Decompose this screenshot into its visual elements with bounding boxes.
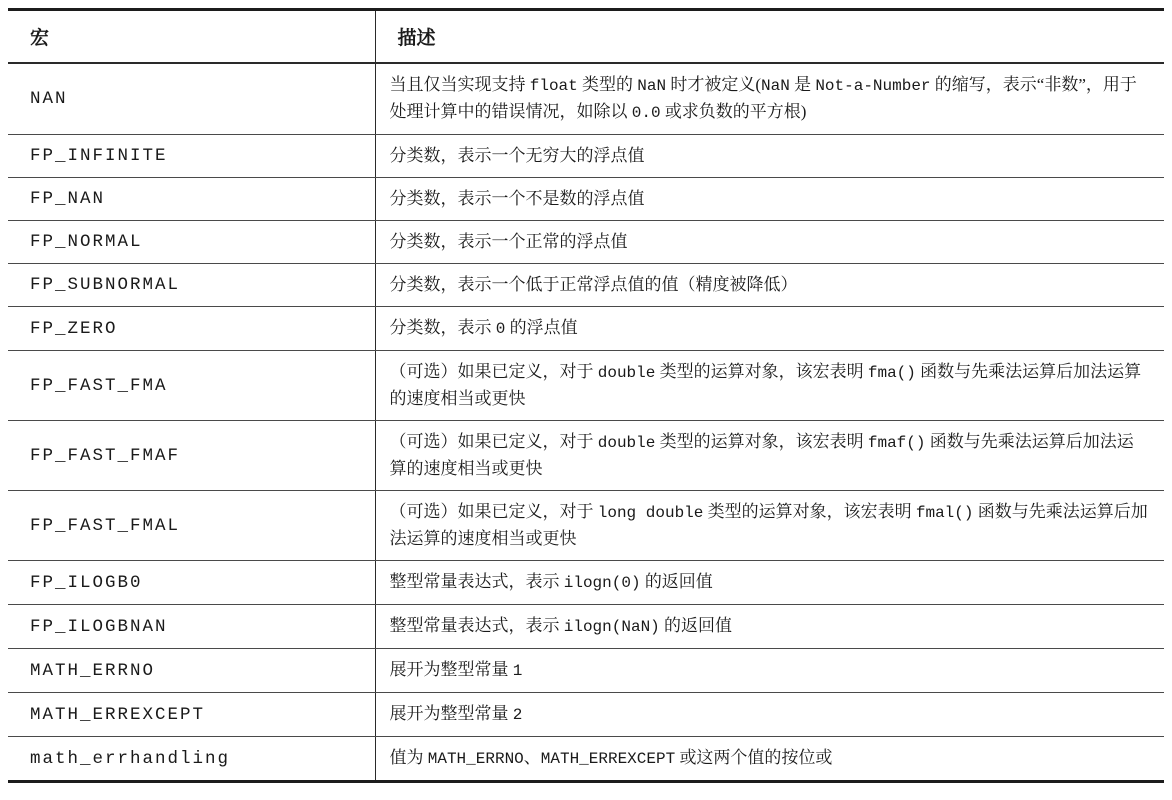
description-cell: （可选）如果已定义，对于 double 类型的运算对象，该宏表明 fmaf() … <box>375 421 1164 491</box>
text-segment: 值为 <box>390 748 428 767</box>
text-segment: 的返回值 <box>660 616 732 635</box>
table-row: MATH_ERREXCEPT展开为整型常量 2 <box>8 693 1164 737</box>
macro-name-cell: NAN <box>8 63 375 135</box>
description-cell: （可选）如果已定义，对于 long double 类型的运算对象，该宏表明 fm… <box>375 491 1164 561</box>
text-segment: 分类数，表示 <box>390 318 496 337</box>
text-segment: 类型的 <box>578 75 638 94</box>
code-term: double <box>598 364 656 382</box>
macro-name-cell: FP_NORMAL <box>8 221 375 264</box>
text-segment: 时才被定义( <box>666 75 761 94</box>
text-segment: （可选）如果已定义，对于 <box>390 432 598 451</box>
macro-name-cell: FP_ILOGB0 <box>8 561 375 605</box>
table-row: FP_NORMAL分类数，表示一个正常的浮点值 <box>8 221 1164 264</box>
text-segment: 的浮点值 <box>505 318 577 337</box>
table-row: FP_FAST_FMAF（可选）如果已定义，对于 double 类型的运算对象，… <box>8 421 1164 491</box>
code-term: 2 <box>513 706 523 724</box>
macro-name-cell: FP_INFINITE <box>8 135 375 178</box>
macro-name-cell: FP_ZERO <box>8 307 375 351</box>
macro-name-cell: FP_FAST_FMA <box>8 351 375 421</box>
description-cell: 分类数，表示一个不是数的浮点值 <box>375 178 1164 221</box>
table-row: FP_SUBNORMAL分类数，表示一个低于正常浮点值的值（精度被降低） <box>8 264 1164 307</box>
text-segment: 分类数，表示一个不是数的浮点值 <box>390 189 645 208</box>
text-segment: （可选）如果已定义，对于 <box>390 502 598 521</box>
code-term: 0 <box>496 320 506 338</box>
table-row: FP_FAST_FMAL（可选）如果已定义，对于 long double 类型的… <box>8 491 1164 561</box>
text-segment: 、 <box>524 748 541 767</box>
text-segment: 当且仅当实现支持 <box>390 75 530 94</box>
description-cell: 展开为整型常量 1 <box>375 649 1164 693</box>
table-row: FP_ILOGBNAN整型常量表达式，表示 ilogn(NaN) 的返回值 <box>8 605 1164 649</box>
text-segment: 分类数，表示一个正常的浮点值 <box>390 232 628 251</box>
table-row: FP_NAN分类数，表示一个不是数的浮点值 <box>8 178 1164 221</box>
text-segment: 是 <box>790 75 816 94</box>
table-row: FP_FAST_FMA（可选）如果已定义，对于 double 类型的运算对象，该… <box>8 351 1164 421</box>
text-segment: 展开为整型常量 <box>390 660 513 679</box>
code-term: NaN <box>761 77 790 95</box>
text-segment: 或这两个值的按位或 <box>675 748 832 767</box>
description-cell: 值为 MATH_ERRNO、MATH_ERREXCEPT 或这两个值的按位或 <box>375 737 1164 782</box>
text-segment: （可选）如果已定义，对于 <box>390 362 598 381</box>
macro-name-cell: FP_SUBNORMAL <box>8 264 375 307</box>
table-row: FP_ZERO分类数，表示 0 的浮点值 <box>8 307 1164 351</box>
code-term: ilogn(NaN) <box>564 618 660 636</box>
code-term: MATH_ERRNO <box>428 750 524 768</box>
macro-name-cell: FP_FAST_FMAF <box>8 421 375 491</box>
table-row: math_errhandling值为 MATH_ERRNO、MATH_ERREX… <box>8 737 1164 782</box>
text-segment: 分类数，表示一个低于正常浮点值的值（精度被降低） <box>390 275 798 294</box>
macro-reference-table: 宏 描述 NAN当且仅当实现支持 float 类型的 NaN 时才被定义(NaN… <box>8 8 1164 783</box>
text-segment: 展开为整型常量 <box>390 704 513 723</box>
text-segment: 类型的运算对象，该宏表明 <box>703 502 916 521</box>
text-segment: 分类数，表示一个无穷大的浮点值 <box>390 146 645 165</box>
description-cell: 分类数，表示一个低于正常浮点值的值（精度被降低） <box>375 264 1164 307</box>
macro-name-cell: FP_FAST_FMAL <box>8 491 375 561</box>
description-cell: 分类数，表示 0 的浮点值 <box>375 307 1164 351</box>
code-term: fmaf() <box>868 434 926 452</box>
code-term: 1 <box>513 662 523 680</box>
code-term: MATH_ERREXCEPT <box>541 750 675 768</box>
description-cell: 整型常量表达式，表示 ilogn(0) 的返回值 <box>375 561 1164 605</box>
table-row: FP_ILOGB0整型常量表达式，表示 ilogn(0) 的返回值 <box>8 561 1164 605</box>
description-cell: （可选）如果已定义，对于 double 类型的运算对象，该宏表明 fma() 函… <box>375 351 1164 421</box>
table-body: NAN当且仅当实现支持 float 类型的 NaN 时才被定义(NaN 是 No… <box>8 63 1164 782</box>
column-header-description: 描述 <box>375 10 1164 64</box>
column-header-macro: 宏 <box>8 10 375 64</box>
description-cell: 当且仅当实现支持 float 类型的 NaN 时才被定义(NaN 是 Not-a… <box>375 63 1164 135</box>
text-segment: 类型的运算对象，该宏表明 <box>655 362 868 381</box>
code-term: ilogn(0) <box>564 574 641 592</box>
code-term: double <box>598 434 656 452</box>
code-term: Not-a-Number <box>815 77 930 95</box>
table-row: FP_INFINITE分类数，表示一个无穷大的浮点值 <box>8 135 1164 178</box>
description-cell: 整型常量表达式，表示 ilogn(NaN) 的返回值 <box>375 605 1164 649</box>
code-term: fmal() <box>916 504 974 522</box>
macro-name-cell: math_errhandling <box>8 737 375 782</box>
table-header: 宏 描述 <box>8 10 1164 64</box>
code-term: 0.0 <box>632 104 661 122</box>
code-term: long double <box>598 504 704 522</box>
code-term: NaN <box>637 77 666 95</box>
text-segment: 的返回值 <box>641 572 713 591</box>
description-cell: 分类数，表示一个无穷大的浮点值 <box>375 135 1164 178</box>
header-row: 宏 描述 <box>8 10 1164 64</box>
text-segment: 整型常量表达式，表示 <box>390 572 564 591</box>
text-segment: 或求负数的平方根) <box>661 102 807 121</box>
text-segment: 类型的运算对象，该宏表明 <box>655 432 868 451</box>
macro-name-cell: MATH_ERRNO <box>8 649 375 693</box>
description-cell: 展开为整型常量 2 <box>375 693 1164 737</box>
description-cell: 分类数，表示一个正常的浮点值 <box>375 221 1164 264</box>
code-term: float <box>530 77 578 95</box>
book-page: 宏 描述 NAN当且仅当实现支持 float 类型的 NaN 时才被定义(NaN… <box>8 8 1164 783</box>
macro-name-cell: MATH_ERREXCEPT <box>8 693 375 737</box>
table-row: MATH_ERRNO展开为整型常量 1 <box>8 649 1164 693</box>
macro-name-cell: FP_ILOGBNAN <box>8 605 375 649</box>
code-term: fma() <box>868 364 916 382</box>
table-row: NAN当且仅当实现支持 float 类型的 NaN 时才被定义(NaN 是 No… <box>8 63 1164 135</box>
text-segment: 整型常量表达式，表示 <box>390 616 564 635</box>
macro-name-cell: FP_NAN <box>8 178 375 221</box>
